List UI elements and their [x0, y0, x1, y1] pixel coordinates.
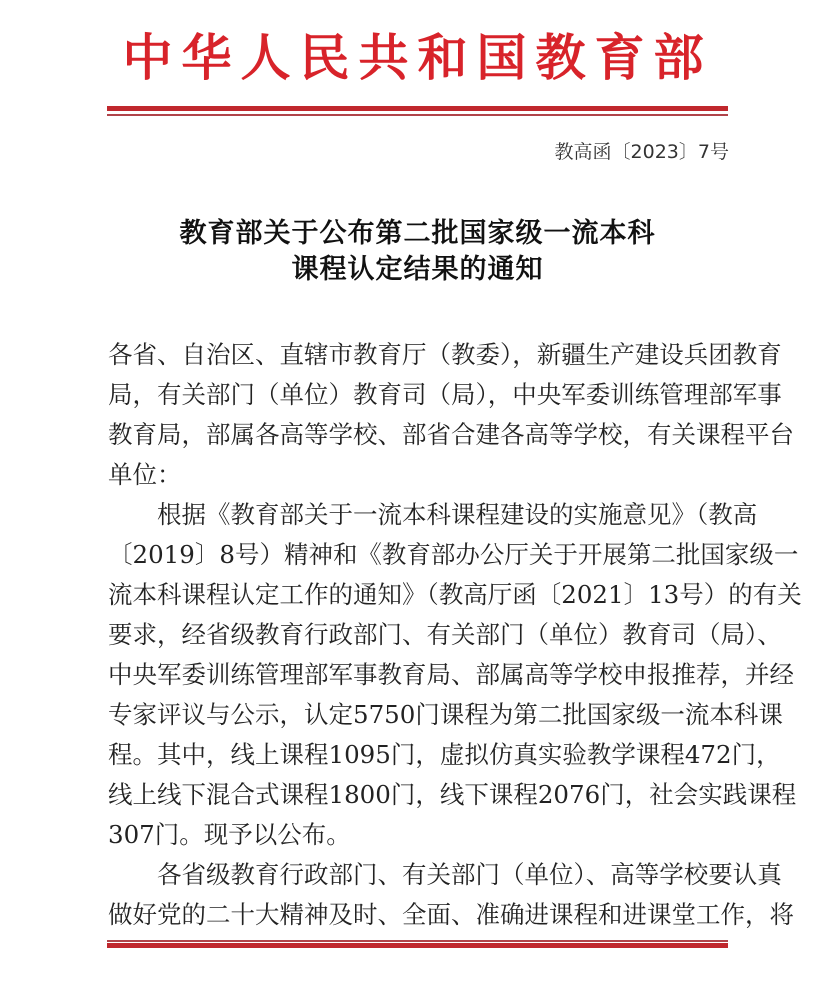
paragraph-1-line: 〔2019〕8号）精神和《教育部办公厅关于开展第二批国家级一 — [108, 535, 728, 575]
masthead-title: 中华人民共和国教育部 — [107, 26, 728, 90]
paragraph-2-line: 各省级教育行政部门、有关部门（单位）、高等学校要认真 — [108, 855, 728, 895]
masthead-rule-thin — [107, 114, 728, 116]
paragraph-1-line: 307门。现予以公布。 — [108, 815, 728, 855]
paragraph-1-line: 要求，经省级教育行政部门、有关部门（单位）教育司（局）、 — [108, 615, 728, 655]
salutation-line: 各省、自治区、直辖市教育厅（教委），新疆生产建设兵团教育 — [108, 335, 728, 375]
salutation-line: 教育局，部属各高等学校、部省合建各高等学校，有关课程平台 — [108, 415, 728, 455]
title-line-2: 课程认定结果的通知 — [107, 252, 728, 288]
paragraph-1-line: 流本科课程认定工作的通知》（教高厅函〔2021〕13号）的有关 — [108, 575, 728, 615]
paragraph-1-line: 线上线下混合式课程1800门，线下课程2076门，社会实践课程 — [108, 775, 728, 815]
masthead-rule-thick — [107, 106, 728, 111]
document-number: 教高函〔2023〕7号 — [555, 138, 729, 166]
paragraph-2-line: 做好党的二十大精神及时、全面、准确进课程和进课堂工作，将 — [108, 895, 728, 935]
salutation-line: 单位： — [108, 455, 728, 495]
paragraph-1-line: 中央军委训练管理部军事教育局、部属高等学校申报推荐，并经 — [108, 655, 728, 695]
paragraph-1-line: 专家评议与公示，认定5750门课程为第二批国家级一流本科课 — [108, 695, 728, 735]
document-title: 教育部关于公布第二批国家级一流本科 课程认定结果的通知 — [107, 216, 728, 288]
paragraph-1-line: 根据《教育部关于一流本科课程建设的实施意见》（教高 — [108, 495, 728, 535]
salutation-line: 局，有关部门（单位）教育司（局），中央军委训练管理部军事 — [108, 375, 728, 415]
footer-rule-thick — [107, 943, 728, 948]
document-body: 各省、自治区、直辖市教育厅（教委），新疆生产建设兵团教育 局，有关部门（单位）教… — [108, 335, 728, 935]
title-line-1: 教育部关于公布第二批国家级一流本科 — [107, 216, 728, 252]
paragraph-1-line: 程。其中，线上课程1095门，虚拟仿真实验教学课程472门， — [108, 735, 728, 775]
document-page: 中华人民共和国教育部 教高函〔2023〕7号 教育部关于公布第二批国家级一流本科… — [0, 0, 836, 999]
footer-rule-thin — [107, 940, 728, 942]
